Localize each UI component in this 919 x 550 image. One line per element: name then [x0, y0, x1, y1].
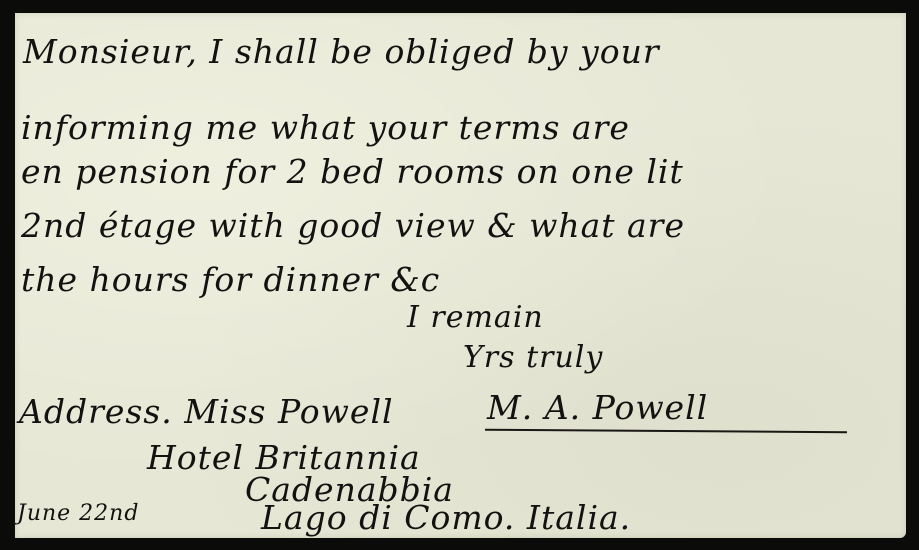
letter-line-4: 2nd étage with good view & what are — [21, 209, 685, 242]
closing-remain: I remain — [407, 303, 544, 333]
closing-yours-truly: Yrs truly — [463, 343, 603, 373]
letter-line-3: en pension for 2 bed rooms on one lit — [21, 155, 684, 188]
signature: M. A. Powell — [487, 391, 708, 424]
address-line-4: Lago di Como. Italia. — [261, 501, 631, 534]
letter-line-1: Monsieur, I shall be obliged by your — [23, 35, 660, 68]
postcard: Monsieur, I shall be obliged by your inf… — [15, 13, 906, 538]
letter-line-2: informing me what your terms are — [21, 111, 630, 144]
signature-underline — [485, 429, 847, 434]
letter-line-5: the hours for dinner &c — [21, 263, 440, 296]
address-line-1: Address. Miss Powell — [19, 395, 394, 428]
date: June 22nd — [17, 503, 139, 525]
